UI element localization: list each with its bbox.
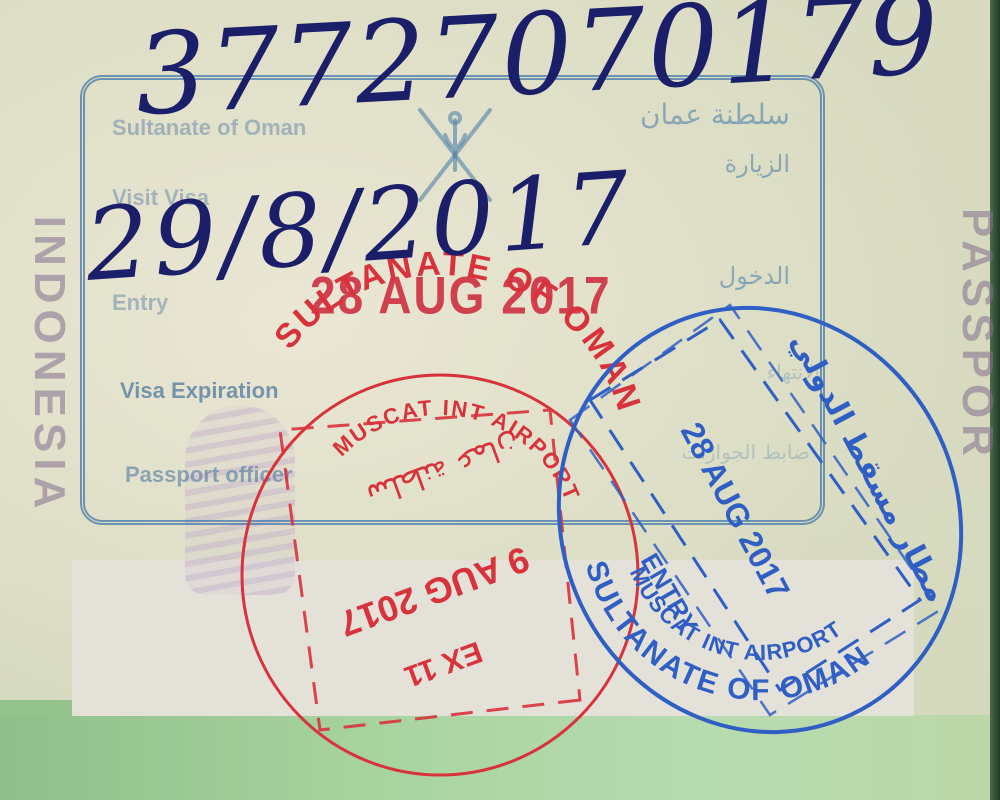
exit-stamp-date: 9 AUG 2017 [334, 538, 535, 645]
exit-stamp-arabic: سلطنة عمان [362, 425, 525, 513]
entry-stamp-arabic: مطار مسقط الدولي [783, 327, 954, 608]
exit-stamp-counter: EX 11 [400, 635, 487, 693]
entry-stamp-date: 28 AUG 2017 [674, 416, 797, 605]
exit-stamp: SULTANATE OF OMAN MUSCAT INT AIRPORT EX … [242, 245, 648, 775]
